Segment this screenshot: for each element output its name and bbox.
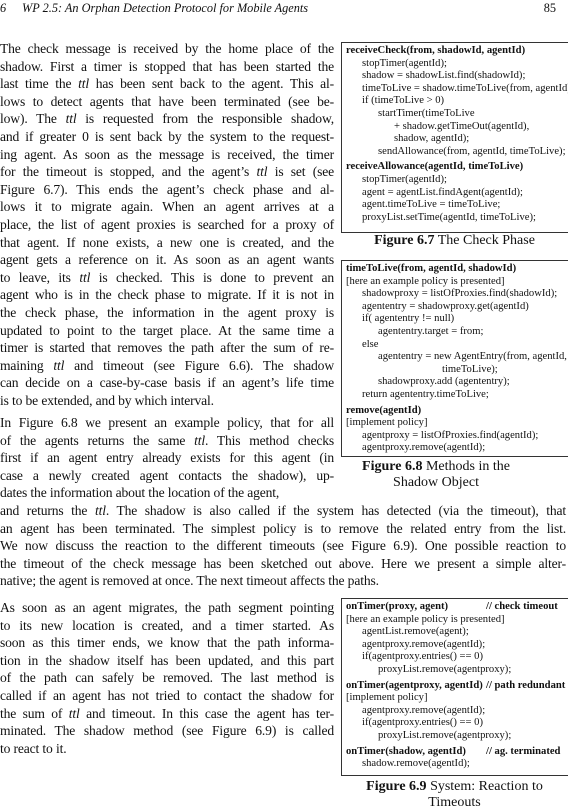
text-line: dates the information about the location… (0, 484, 334, 502)
code-line: if(agentproxy.entries() == 0) (346, 651, 568, 664)
text-line: to its new location is created, and a ti… (0, 617, 334, 635)
running-header: 6 WP 2.5: An Orphan Detection Protocol f… (0, 0, 568, 16)
text-line: The check message is received by the hom… (0, 40, 334, 58)
figure-6-8-caption: Figure 6.8 Methods in the Shadow Object (341, 459, 531, 491)
code-line: sendAllowance(from, agentId, timeToLive)… (346, 146, 568, 159)
code-line: shadow, agentId); (346, 133, 568, 146)
code-comment: // check timeout (486, 601, 558, 614)
text-line: the timeout of the check message has bee… (0, 555, 566, 573)
text-line: lows it to migrate again. When an agent … (0, 198, 334, 216)
figure-caption-text: System: Reaction to (430, 779, 543, 794)
italic-term: ttl (95, 503, 106, 518)
code-line: agentList.remove(agent); (346, 626, 568, 639)
code-line: if(agentproxy.entries() == 0) (346, 717, 568, 730)
method-signature: onTimer(agentproxy, agentId)// path redu… (346, 680, 568, 693)
running-title: WP 2.5: An Orphan Detection Protocol for… (22, 1, 308, 15)
page-number: 85 (544, 1, 556, 15)
text-line: the check phase, the information in the … (0, 304, 334, 322)
code-line: agentproxy.remove(agentId); (346, 639, 568, 652)
italic-term: ttl (194, 433, 205, 448)
text-line: native; the agent is removed at once. Th… (0, 572, 566, 590)
text-line: updated to point to the target place. At… (0, 322, 334, 340)
text-line: an agent has been terminated. The simple… (0, 520, 566, 538)
text-line: minated. The shadow method (see Figure 6… (0, 722, 334, 740)
text-line: can decide on a case-by-case basis if an… (0, 374, 334, 392)
figure-6-7-caption: Figure 6.7 The Check Phase (341, 233, 568, 249)
figure-6-7-code-box: receiveCheck(from, shadowId, agentId)sto… (341, 42, 568, 233)
figure-label: Figure 6.8 (362, 459, 422, 474)
italic-term: ttl (79, 270, 90, 285)
text-line: to leave, its ttl is checked. This is do… (0, 269, 334, 287)
code-line: + shadow.getTimeOut(agentId), (346, 121, 568, 134)
method-signature: receiveAllowance(agentId, timeToLive) (346, 161, 568, 174)
figure-caption-text-line2: Timeouts (428, 795, 480, 809)
paragraph-example-policy: In Figure 6.8 we present an example poli… (0, 414, 334, 502)
code-line: agentproxy = listOfProxies.find(agentId)… (346, 430, 568, 443)
text-line: is to be extended, and by which interval… (0, 392, 334, 410)
text-line: for the timeout is stopped, and the agen… (0, 163, 334, 181)
figure-6-8-code-box: timeToLive(from, agentId, shadowId)[here… (341, 260, 568, 457)
text-line: first if an agent entry already exists f… (0, 449, 334, 467)
figure-6-9-code-box: onTimer(proxy, agent)// check timeout[he… (341, 598, 568, 776)
code-line: shadowproxy = listOfProxies.find(shadowI… (346, 288, 568, 301)
text-line: agent gets a reference on it. As soon as… (0, 251, 334, 269)
code-line: shadow = shadowList.find(shadowId); (346, 70, 568, 83)
text-line: called if an agent has not tried to cont… (0, 687, 334, 705)
chapter-number: 6 (0, 1, 6, 15)
code-line: proxyList.remove(agentproxy); (346, 730, 568, 743)
text-line: tion in the shadow itself has been updat… (0, 652, 334, 670)
method-signature: onTimer(shadow, agentId)// ag. terminate… (346, 746, 568, 759)
paragraph-path-segments: As soon as an agent migrates, the path s… (0, 599, 334, 757)
code-comment: // ag. terminated (486, 746, 560, 759)
code-line: shadowproxy.add (agententry); (346, 376, 568, 389)
code-line: timeToLive); (346, 364, 568, 377)
figure-caption-text: Methods in the (426, 459, 510, 474)
text-line: In Figure 6.8 we present an example poli… (0, 414, 334, 432)
text-line: last time the ttl has been sent back to … (0, 75, 334, 93)
text-line: As soon as an agent migrates, the path s… (0, 599, 334, 617)
code-line: agententry.target = from; (346, 326, 568, 339)
text-line: timer is started that removes the path a… (0, 339, 334, 357)
text-line: and returns the ttl. The shadow is also … (0, 502, 566, 520)
italic-term: ttl (257, 164, 268, 179)
code-line: agentproxy.remove(agentId); (346, 705, 568, 718)
italic-term: ttl (78, 76, 89, 91)
code-line: shadow.remove(agentId); (346, 758, 568, 771)
text-line: agent who is in the check phase to migra… (0, 286, 334, 304)
code-line: [implement policy] (346, 692, 568, 705)
code-comment: // path redundant (486, 680, 565, 693)
figure-6-9-caption: Figure 6.9 System: Reaction to Timeouts (341, 779, 568, 809)
code-line: agententry = new AgentEntry(from, agentI… (346, 351, 568, 364)
paragraph-timeouts: and returns the ttl. The shadow is also … (0, 502, 566, 590)
text-line: Figure 6.7). This ends the agent’s check… (0, 181, 334, 199)
text-line: place, the list of agent proxies is sear… (0, 216, 334, 234)
code-line: [here an example policy is presented] (346, 276, 568, 289)
method-signature: receiveCheck(from, shadowId, agentId) (346, 45, 568, 58)
code-line: stopTimer(agentId); (346, 58, 568, 71)
code-line: agententry = shadowproxy.get(agentId) (346, 301, 568, 314)
code-line: if (timeToLive > 0) (346, 95, 568, 108)
method-signature: remove(agentId) (346, 405, 568, 418)
text-line: to react to it. (0, 740, 334, 758)
code-line: proxyList.remove(agentproxy); (346, 664, 568, 677)
text-line: that agent. If none exists, a new one is… (0, 234, 334, 252)
text-line: the sum of ttl and timeout. In this case… (0, 705, 334, 723)
text-line: shadow. First a timer is stopped that ha… (0, 58, 334, 76)
code-line: agentproxy.remove(agentId); (346, 442, 568, 455)
code-line: if( agententry != null) (346, 313, 568, 326)
method-signature: onTimer(proxy, agent)// check timeout (346, 601, 568, 614)
italic-term: ttl (53, 358, 64, 373)
code-line: else (346, 339, 568, 352)
text-line: We now discuss the reaction to the diffe… (0, 537, 566, 555)
figure-label: Figure 6.9 (366, 779, 426, 794)
text-line: maining ttl and timeout (see Figure 6.6)… (0, 357, 334, 375)
code-line: proxyList.setTime(agentId, timeToLive); (346, 212, 568, 225)
code-line: [here an example policy is presented] (346, 614, 568, 627)
text-line: soon as this timer ends, we know that th… (0, 634, 334, 652)
text-line: low). The ttl is requested from the resp… (0, 110, 334, 128)
figure-caption-text: The Check Phase (438, 233, 535, 248)
paragraph-check-message: The check message is received by the hom… (0, 40, 334, 409)
text-line: case a newly created agent contacts the … (0, 467, 334, 485)
text-line: and if greater 0 is sent back by the sys… (0, 128, 334, 146)
method-signature: timeToLive(from, agentId, shadowId) (346, 263, 568, 276)
text-line: lows to detect agents that have been ter… (0, 93, 334, 111)
code-line: stopTimer(agentId); (346, 174, 568, 187)
figure-caption-text-line2: Shadow Object (393, 475, 479, 490)
text-line: ing agent. As soon as the message is rec… (0, 146, 334, 164)
figure-label: Figure 6.7 (374, 233, 434, 248)
code-line: agent.timeToLive = timeToLive; (346, 199, 568, 212)
italic-term: ttl (66, 111, 77, 126)
code-line: timeToLive = shadow.timeToLive(from, age… (346, 83, 568, 96)
italic-term: ttl (69, 706, 80, 721)
code-line: startTimer(timeToLive (346, 108, 568, 121)
text-line: of the path can safely be removed. The l… (0, 669, 334, 687)
code-line: [implement policy] (346, 417, 568, 430)
code-line: agent = agentList.findAgent(agentId); (346, 187, 568, 200)
code-line: return agententry.timeToLive; (346, 389, 568, 402)
text-line: of the agents returns the same ttl. This… (0, 432, 334, 450)
